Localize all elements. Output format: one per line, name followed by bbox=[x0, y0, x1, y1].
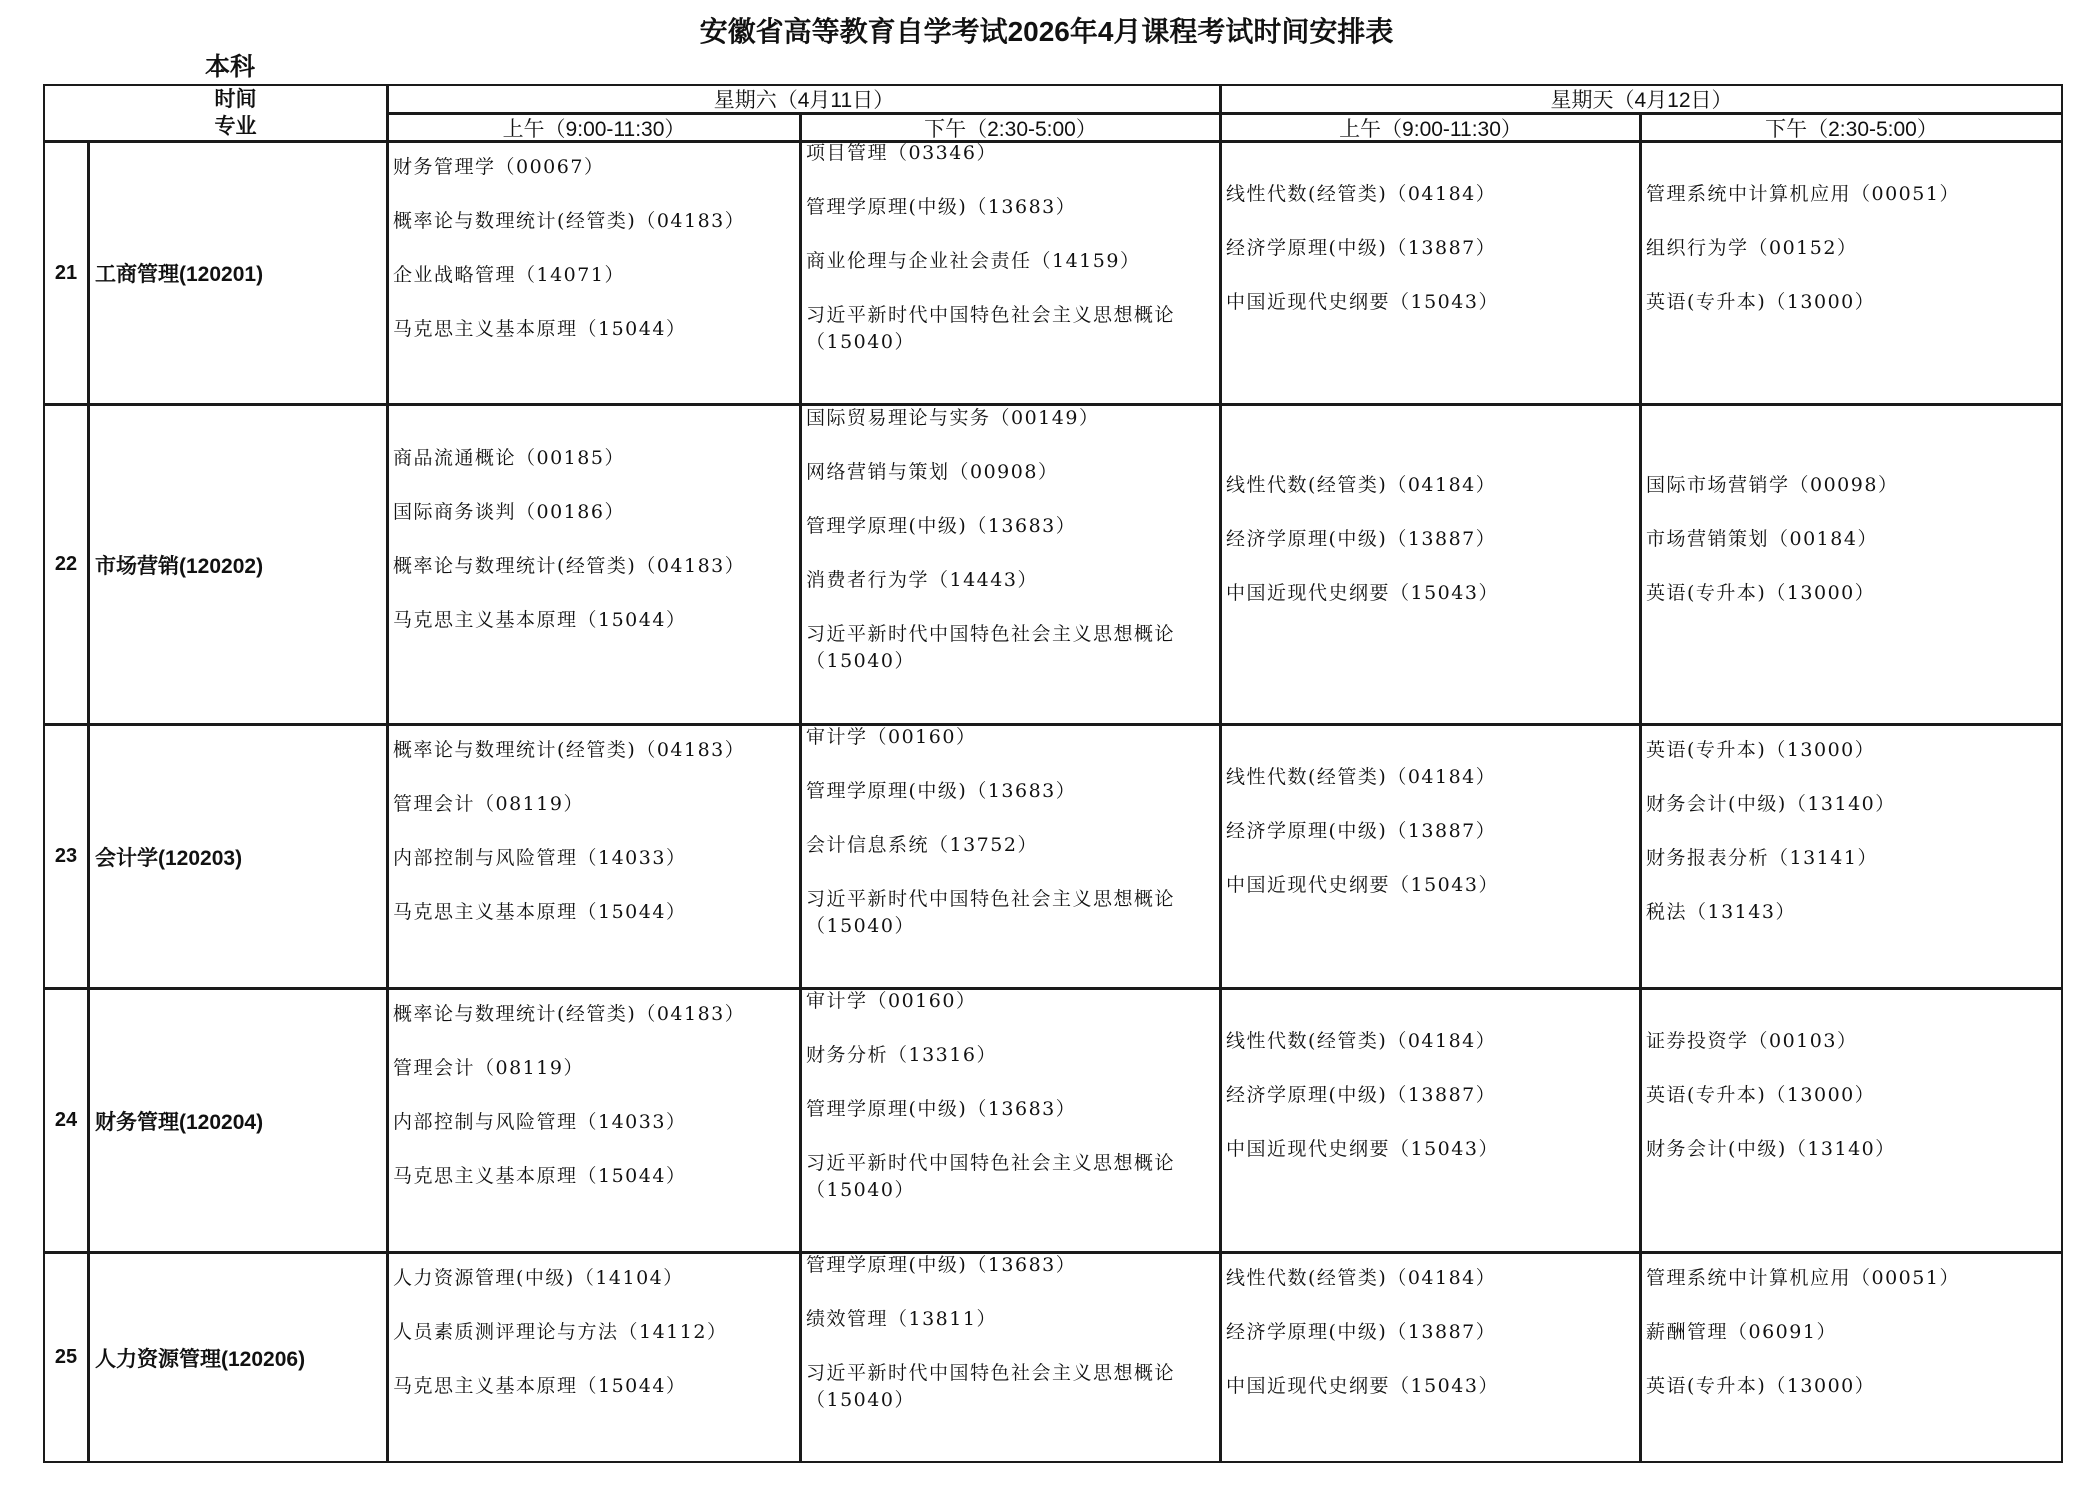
course-cell-sat-pm: 管理学原理(中级)（13683）绩效管理（13811）习近平新时代中国特色社会主… bbox=[800, 1252, 1221, 1463]
course-item: 管理会计（08119） bbox=[393, 1055, 795, 1082]
course-cell-sat-am: 概率论与数理统计(经管类)（04183）管理会计（08119）内部控制与风险管理… bbox=[387, 724, 801, 989]
course-cell-sat-am: 财务管理学（00067）概率论与数理统计(经管类)（04183）企业战略管理（1… bbox=[387, 141, 801, 405]
major-name: 财务管理(120204) bbox=[95, 1106, 263, 1136]
course-cell-sun-pm: 证券投资学（00103）英语(专升本)（13000）财务会计(中级)（13140… bbox=[1640, 988, 2063, 1253]
course-item: 内部控制与风险管理（14033） bbox=[393, 845, 795, 872]
header-day-sunday: 星期天（4月12日） bbox=[1220, 84, 2063, 114]
session-label: 上午（9:00-11:30） bbox=[503, 113, 686, 143]
course-item: 中国近现代史纲要（15043） bbox=[1226, 580, 1635, 607]
course-item: 经济学原理(中级)（13887） bbox=[1226, 1319, 1635, 1346]
course-item: 财务管理学（00067） bbox=[393, 154, 795, 181]
header-corner-cell: 时间 专业 bbox=[43, 84, 388, 142]
course-item: 企业战略管理（14071） bbox=[393, 262, 795, 289]
course-item: 国际贸易理论与实务（00149） bbox=[806, 405, 1215, 432]
course-cell-sun-am: 线性代数(经管类)（04184）经济学原理(中级)（13887）中国近现代史纲要… bbox=[1220, 724, 1641, 989]
course-item: 经济学原理(中级)（13887） bbox=[1226, 1082, 1635, 1109]
course-item: 内部控制与风险管理（14033） bbox=[393, 1109, 795, 1136]
major-name: 工商管理(120201) bbox=[95, 258, 263, 288]
header-session-sat-am: 上午（9:00-11:30） bbox=[387, 113, 801, 142]
day-label: 星期天（4月12日） bbox=[1550, 84, 1732, 114]
course-item: 概率论与数理统计(经管类)（04183） bbox=[393, 553, 795, 580]
major-name: 会计学(120203) bbox=[95, 842, 242, 872]
header-session-sat-pm: 下午（2:30-5:00） bbox=[800, 113, 1221, 142]
course-item: 线性代数(经管类)（04184） bbox=[1226, 1265, 1635, 1292]
header-time-label: 时间 bbox=[215, 86, 257, 113]
row-number: 24 bbox=[55, 1109, 77, 1132]
course-cell-sat-pm: 审计学（00160）财务分析（13316）管理学原理(中级)（13683）习近平… bbox=[800, 988, 1221, 1253]
course-cell-sat-am: 商品流通概论（00185）国际商务谈判（00186）概率论与数理统计(经管类)（… bbox=[387, 404, 801, 725]
row-number-cell: 23 bbox=[43, 724, 89, 989]
level-label: 本科 bbox=[205, 52, 255, 82]
major-cell: 会计学(120203) bbox=[88, 724, 388, 989]
course-item: 管理学原理(中级)（13683） bbox=[806, 194, 1215, 221]
course-item: 证券投资学（00103） bbox=[1646, 1028, 2057, 1055]
course-item: 会计信息系统（13752） bbox=[806, 832, 1215, 859]
course-item: 市场营销策划（00184） bbox=[1646, 526, 2057, 553]
course-item: 概率论与数理统计(经管类)（04183） bbox=[393, 1001, 795, 1028]
row-number: 23 bbox=[55, 845, 77, 868]
course-item: 国际市场营销学（00098） bbox=[1646, 472, 2057, 499]
course-item: 习近平新时代中国特色社会主义思想概论 （15040） bbox=[806, 1360, 1215, 1414]
course-item: 财务会计(中级)（13140） bbox=[1646, 791, 2057, 818]
course-cell-sun-am: 线性代数(经管类)（04184）经济学原理(中级)（13887）中国近现代史纲要… bbox=[1220, 141, 1641, 405]
row-number-cell: 21 bbox=[43, 141, 89, 405]
course-item: 财务分析（13316） bbox=[806, 1042, 1215, 1069]
course-cell-sun-am: 线性代数(经管类)（04184）经济学原理(中级)（13887）中国近现代史纲要… bbox=[1220, 1252, 1641, 1463]
course-item: 英语(专升本)（13000） bbox=[1646, 1082, 2057, 1109]
session-label: 上午（9:00-11:30） bbox=[1339, 113, 1522, 143]
course-item: 习近平新时代中国特色社会主义思想概论 （15040） bbox=[806, 1150, 1215, 1204]
course-item: 英语(专升本)（13000） bbox=[1646, 289, 2057, 316]
day-label: 星期六（4月11日） bbox=[714, 84, 894, 114]
course-item: 中国近现代史纲要（15043） bbox=[1226, 872, 1635, 899]
course-item: 马克思主义基本原理（15044） bbox=[393, 316, 795, 343]
course-cell-sat-pm: 国际贸易理论与实务（00149）网络营销与策划（00908）管理学原理(中级)（… bbox=[800, 404, 1221, 725]
course-item: 管理学原理(中级)（13683） bbox=[806, 778, 1215, 805]
course-item: 网络营销与策划（00908） bbox=[806, 459, 1215, 486]
major-name: 市场营销(120202) bbox=[95, 550, 263, 580]
course-item: 中国近现代史纲要（15043） bbox=[1226, 289, 1635, 316]
course-cell-sun-pm: 国际市场营销学（00098）市场营销策划（00184）英语(专升本)（13000… bbox=[1640, 404, 2063, 725]
row-number: 25 bbox=[55, 1346, 77, 1369]
course-item: 审计学（00160） bbox=[806, 988, 1215, 1015]
course-item: 管理学原理(中级)（13683） bbox=[806, 513, 1215, 540]
course-cell-sun-pm: 管理系统中计算机应用（00051）薪酬管理（06091）英语(专升本)（1300… bbox=[1640, 1252, 2063, 1463]
course-item: 管理学原理(中级)（13683） bbox=[806, 1096, 1215, 1123]
course-item: 管理学原理(中级)（13683） bbox=[806, 1252, 1215, 1279]
course-item: 商业伦理与企业社会责任（14159） bbox=[806, 248, 1215, 275]
session-label: 下午（2:30-5:00） bbox=[1765, 113, 1938, 143]
course-cell-sun-am: 线性代数(经管类)（04184）经济学原理(中级)（13887）中国近现代史纲要… bbox=[1220, 988, 1641, 1253]
course-cell-sat-am: 概率论与数理统计(经管类)（04183）管理会计（08119）内部控制与风险管理… bbox=[387, 988, 801, 1253]
course-cell-sun-am: 线性代数(经管类)（04184）经济学原理(中级)（13887）中国近现代史纲要… bbox=[1220, 404, 1641, 725]
course-item: 英语(专升本)（13000） bbox=[1646, 580, 2057, 607]
course-item: 人力资源管理(中级)（14104） bbox=[393, 1265, 795, 1292]
course-item: 经济学原理(中级)（13887） bbox=[1226, 235, 1635, 262]
course-item: 习近平新时代中国特色社会主义思想概论 （15040） bbox=[806, 886, 1215, 940]
major-name: 人力资源管理(120206) bbox=[95, 1343, 305, 1373]
course-item: 线性代数(经管类)（04184） bbox=[1226, 181, 1635, 208]
major-cell: 财务管理(120204) bbox=[88, 988, 388, 1253]
course-item: 线性代数(经管类)（04184） bbox=[1226, 472, 1635, 499]
course-item: 国际商务谈判（00186） bbox=[393, 499, 795, 526]
course-item: 管理系统中计算机应用（00051） bbox=[1646, 181, 2057, 208]
header-session-sun-am: 上午（9:00-11:30） bbox=[1220, 113, 1641, 142]
row-number-cell: 22 bbox=[43, 404, 89, 725]
major-cell: 市场营销(120202) bbox=[88, 404, 388, 725]
course-item: 管理会计（08119） bbox=[393, 791, 795, 818]
course-item: 人员素质测评理论与方法（14112） bbox=[393, 1319, 795, 1346]
course-item: 绩效管理（13811） bbox=[806, 1306, 1215, 1333]
exam-schedule-table: 时间 专业 星期六（4月11日） 星期天（4月12日） 上午（9:00-11:3… bbox=[44, 85, 2063, 1463]
course-item: 管理系统中计算机应用（00051） bbox=[1646, 1265, 2057, 1292]
course-item: 线性代数(经管类)（04184） bbox=[1226, 764, 1635, 791]
course-item: 税法（13143） bbox=[1646, 899, 2057, 926]
course-item: 习近平新时代中国特色社会主义思想概论 （15040） bbox=[806, 302, 1215, 356]
course-item: 中国近现代史纲要（15043） bbox=[1226, 1136, 1635, 1163]
course-item: 经济学原理(中级)（13887） bbox=[1226, 818, 1635, 845]
course-item: 消费者行为学（14443） bbox=[806, 567, 1215, 594]
header-session-sun-pm: 下午（2:30-5:00） bbox=[1640, 113, 2063, 142]
course-item: 薪酬管理（06091） bbox=[1646, 1319, 2057, 1346]
course-item: 马克思主义基本原理（15044） bbox=[393, 607, 795, 634]
session-label: 下午（2:30-5:00） bbox=[924, 113, 1097, 143]
course-item: 习近平新时代中国特色社会主义思想概论 （15040） bbox=[806, 621, 1215, 675]
course-cell-sun-pm: 管理系统中计算机应用（00051）组织行为学（00152）英语(专升本)（130… bbox=[1640, 141, 2063, 405]
course-item: 概率论与数理统计(经管类)（04183） bbox=[393, 737, 795, 764]
course-item: 财务报表分析（13141） bbox=[1646, 845, 2057, 872]
course-cell-sat-pm: 审计学（00160）管理学原理(中级)（13683）会计信息系统（13752）习… bbox=[800, 724, 1221, 989]
course-cell-sat-am: 人力资源管理(中级)（14104）人员素质测评理论与方法（14112）马克思主义… bbox=[387, 1252, 801, 1463]
row-number: 22 bbox=[55, 553, 77, 576]
document-title: 安徽省高等教育自学考试2026年4月课程考试时间安排表 bbox=[0, 12, 2093, 52]
header-day-saturday: 星期六（4月11日） bbox=[387, 84, 1221, 114]
course-item: 英语(专升本)（13000） bbox=[1646, 1373, 2057, 1400]
course-cell-sat-pm: 项目管理（03346）管理学原理(中级)（13683）商业伦理与企业社会责任（1… bbox=[800, 141, 1221, 405]
course-item: 马克思主义基本原理（15044） bbox=[393, 1373, 795, 1400]
course-item: 马克思主义基本原理（15044） bbox=[393, 899, 795, 926]
course-item: 财务会计(中级)（13140） bbox=[1646, 1136, 2057, 1163]
row-number-cell: 24 bbox=[43, 988, 89, 1253]
course-item: 马克思主义基本原理（15044） bbox=[393, 1163, 795, 1190]
course-item: 线性代数(经管类)（04184） bbox=[1226, 1028, 1635, 1055]
course-item: 经济学原理(中级)（13887） bbox=[1226, 526, 1635, 553]
course-item: 中国近现代史纲要（15043） bbox=[1226, 1373, 1635, 1400]
course-item: 组织行为学（00152） bbox=[1646, 235, 2057, 262]
header-major-label: 专业 bbox=[215, 113, 257, 140]
row-number: 21 bbox=[55, 262, 77, 285]
course-item: 审计学（00160） bbox=[806, 724, 1215, 751]
course-cell-sun-pm: 英语(专升本)（13000）财务会计(中级)（13140）财务报表分析（1314… bbox=[1640, 724, 2063, 989]
course-item: 英语(专升本)（13000） bbox=[1646, 737, 2057, 764]
course-item: 商品流通概论（00185） bbox=[393, 445, 795, 472]
major-cell: 工商管理(120201) bbox=[88, 141, 388, 405]
row-number-cell: 25 bbox=[43, 1252, 89, 1463]
course-item: 项目管理（03346） bbox=[806, 140, 1215, 167]
major-cell: 人力资源管理(120206) bbox=[88, 1252, 388, 1463]
course-item: 概率论与数理统计(经管类)（04183） bbox=[393, 208, 795, 235]
